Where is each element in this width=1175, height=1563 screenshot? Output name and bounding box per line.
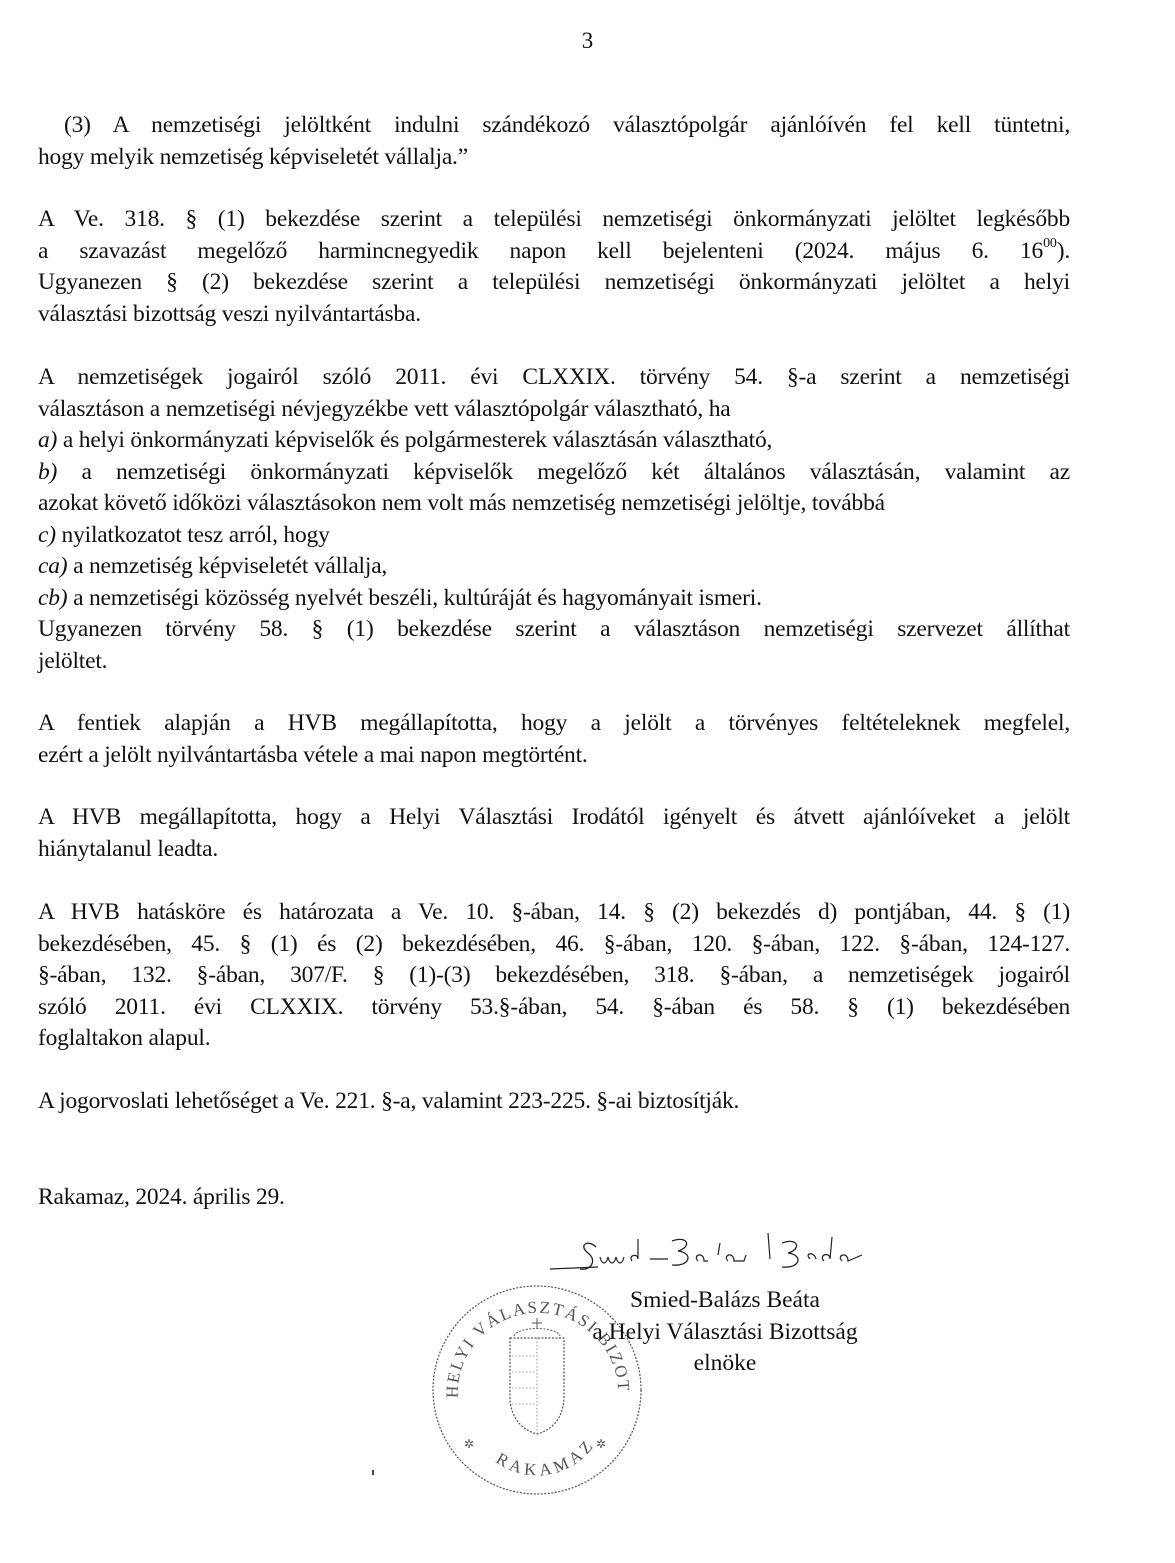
signatory-role: elnöke: [560, 1348, 890, 1380]
text-line: bekezdésében, 45. § (1) és (2) bekezdésé…: [38, 929, 1070, 961]
list-item-cb: cb) a nemzetiségi közösség nyelvét beszé…: [38, 583, 1070, 615]
text-line: §-ában, 132. §-ában, 307/F. § (1)-(3) be…: [38, 960, 1070, 992]
scan-artifact: [372, 1470, 374, 1475]
paragraph-nemzetisegi-torveny: A nemzetiségek jogairól szóló 2011. évi …: [38, 362, 1070, 677]
list-item-b: b) a nemzetiségi önkormányzati képviselő…: [38, 457, 1070, 489]
text-line: A Ve. 318. § (1) bekezdése szerint a tel…: [38, 204, 1070, 236]
superscript-time: 00: [1043, 236, 1057, 251]
svg-text:✲: ✲: [464, 1437, 474, 1451]
list-label: ca): [38, 553, 67, 579]
text-line: Ugyanezen § (2) bekezdése szerint a tele…: [38, 267, 1070, 299]
stamp-bottom-text: RAKAMAZ: [493, 1434, 599, 1479]
text-line: szóló 2011. évi CLXXIX. törvény 53.§-ába…: [38, 992, 1070, 1024]
list-item-a: a) a helyi önkormányzati képviselők és p…: [38, 425, 1070, 457]
text-line-with-superscript: a szavazást megelőző harmincnegyedik nap…: [38, 236, 1070, 268]
page-number: 3: [0, 28, 1175, 54]
list-item-ca: ca) a nemzetiség képviseletét vállalja,: [38, 551, 1070, 583]
svg-text:RAKAMAZ: RAKAMAZ: [493, 1434, 599, 1479]
text-line: azokat követő időközi választásokon nem …: [38, 488, 1070, 520]
text-line: A jogorvoslati lehetőséget a Ve. 221. §-…: [38, 1086, 1070, 1118]
text-line: A HVB megállapította, hogy a Helyi Válas…: [38, 802, 1070, 834]
place-date-text: Rakamaz, 2024. április 29.: [38, 1182, 1070, 1214]
handwritten-signature-icon: [548, 1225, 928, 1281]
signatory-title: a Helyi Választási Bizottság: [560, 1317, 890, 1349]
text-line: ezért a jelölt nyilvántartásba vétele a …: [38, 740, 1070, 772]
text-line: A fentiek alapján a HVB megállapította, …: [38, 708, 1070, 740]
place-date: Rakamaz, 2024. április 29.: [38, 1182, 1070, 1214]
text-line: foglaltakon alapul.: [38, 1023, 1070, 1055]
list-text: a nemzetiség képviseletét vállalja,: [67, 553, 387, 579]
text-line: választási bizottság veszi nyilvántartás…: [38, 299, 1070, 331]
text-line: jelöltet.: [38, 646, 1070, 678]
signatory-name: Smied-Balázs Beáta: [560, 1285, 890, 1317]
text-fragment: ).: [1057, 238, 1070, 264]
paragraph-hvb-sheets: A HVB megállapította, hogy a Helyi Válas…: [38, 802, 1070, 865]
text-line: választáson a nemzetiségi névjegyzékbe v…: [38, 394, 1070, 426]
text-line: hiánytalanul leadta.: [38, 834, 1070, 866]
paragraph-ve-318: A Ve. 318. § (1) bekezdése szerint a tel…: [38, 204, 1070, 330]
list-label: cb): [38, 585, 67, 611]
paragraph-hvb-findings: A fentiek alapján a HVB megállapította, …: [38, 708, 1070, 771]
list-text: a nemzetiségi önkormányzati képviselők m…: [57, 459, 1070, 485]
svg-text:✲: ✲: [596, 1437, 606, 1451]
paragraph-hvb-competence: A HVB hatásköre és határozata a Ve. 10. …: [38, 897, 1070, 1055]
paragraph-legal-remedy: A jogorvoslati lehetőséget a Ve. 221. §-…: [38, 1086, 1070, 1118]
list-item-c: c) nyilatkozatot tesz arról, hogy: [38, 520, 1070, 552]
signature-block: Smied-Balázs Beáta a Helyi Választási Bi…: [560, 1285, 890, 1380]
list-text: nyilatkozatot tesz arról, hogy: [56, 522, 330, 548]
list-label: c): [38, 522, 56, 548]
text-line: Ugyanezen törvény 58. § (1) bekezdése sz…: [38, 614, 1070, 646]
paragraph-quote-end: (3) A nemzetiségi jelöltként indulni szá…: [38, 110, 1070, 173]
text-line: A HVB hatásköre és határozata a Ve. 10. …: [38, 897, 1070, 929]
text-fragment: a szavazást megelőző harmincnegyedik nap…: [38, 238, 1043, 264]
list-label: a): [38, 427, 57, 453]
text-line: (3) A nemzetiségi jelöltként indulni szá…: [38, 110, 1070, 142]
text-line: hogy melyik nemzetiség képviseletét váll…: [38, 142, 1070, 174]
list-text: a helyi önkormányzati képviselők és polg…: [57, 427, 772, 453]
text-line: A nemzetiségek jogairól szóló 2011. évi …: [38, 362, 1070, 394]
list-text: a nemzetiségi közösség nyelvét beszéli, …: [67, 585, 761, 611]
list-label: b): [38, 459, 57, 485]
